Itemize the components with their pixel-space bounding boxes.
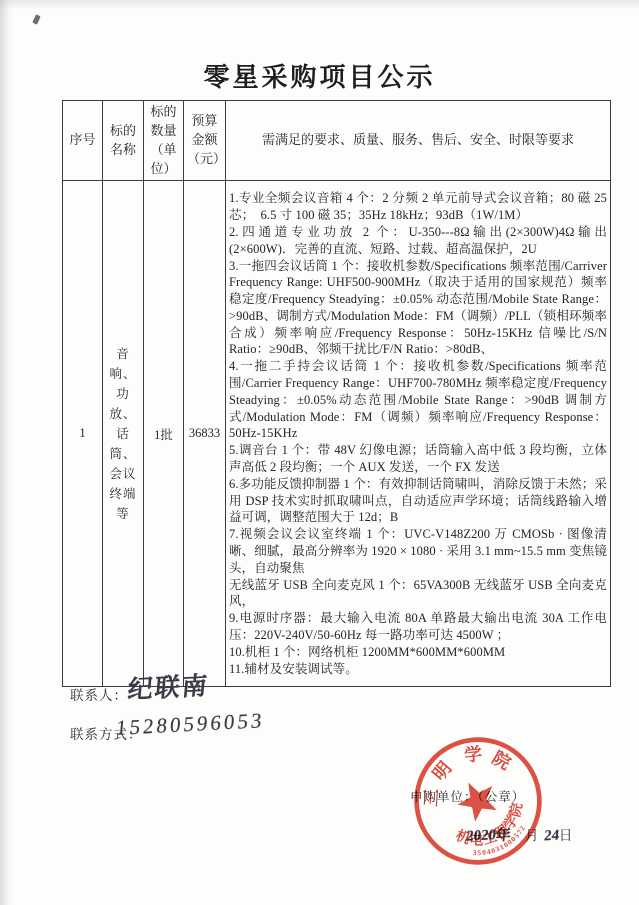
scan-edge-shadow-top — [0, 0, 639, 10]
requirement-item: 7.视频会议会议室终端 1 个：UVC-V148Z200 万 CMOSb · 图… — [229, 526, 607, 576]
scanned-document: 零星采购项目公示 序号 标的名称 标的数量（单位） 预算金额（元） 需满足的要求… — [0, 0, 639, 905]
requirement-item: 2.四通道专业功放 2 个：U-350---8Ω输出(2×300W)4Ω输出(2… — [229, 224, 607, 258]
requirement-item: 6.多功能反馈抑制器 1 个：有效抑制话筒啸叫，消除反馈于未然；采用 DSP 技… — [229, 476, 607, 526]
contact-person-label: 联系人： — [70, 684, 128, 704]
scan-speck — [32, 14, 40, 24]
header-requirements: 需满足的要求、质量、服务、售后、安全、时限等要求 — [226, 101, 611, 181]
header-name: 标的名称 — [103, 101, 144, 181]
contact-phone-number: 15280596053 — [115, 708, 265, 741]
requirement-item: 10.机柜 1 个：网络机柜 1200MM*600MM*600MM — [229, 644, 607, 661]
seal-ring-char: 三 — [421, 788, 442, 807]
official-seal-stamp: 三 明 学 院 机电工程学院 3504031000572 — [373, 696, 584, 905]
header-budget: 预算金额（元） — [184, 101, 226, 181]
seal-ring-char: 学 — [463, 743, 483, 766]
requirement-item: 4.一拖二手持会议话筒 1 个：接收机参数/Specifications 频率范… — [229, 358, 607, 442]
requirement-item: 9.电源时序器：最大输入电流 80A 单路最大输出电流 30A 工作电压：220… — [229, 610, 607, 644]
requirement-item: 3.一拖四会议话筒 1 个：接收机参数/Specifications 频率范围/… — [229, 258, 607, 359]
table-header-row: 序号 标的名称 标的数量（单位） 预算金额（元） 需满足的要求、质量、服务、售后… — [63, 101, 611, 181]
header-index: 序号 — [63, 101, 103, 181]
scan-edge-shadow-left — [0, 0, 16, 905]
requirement-item: 无线蓝牙 USB 全向麦克风 1 个：65VA300B 无线蓝牙 USB 全向麦… — [229, 577, 607, 611]
cell-budget: 36833 — [184, 181, 226, 687]
seal-star-icon — [451, 773, 504, 825]
header-quantity: 标的数量（单位） — [144, 101, 184, 181]
page-title: 零星采购项目公示 — [0, 57, 639, 94]
table-row: 1 音响、功放、话筒、会议终端等 1批 36833 1.专业全频会议音箱 4 个… — [63, 181, 611, 687]
procurement-table: 序号 标的名称 标的数量（单位） 预算金额（元） 需满足的要求、质量、服务、售后… — [62, 100, 611, 687]
cell-index: 1 — [63, 181, 103, 687]
contact-person-line: 联系人： — [70, 684, 128, 704]
cell-quantity: 1批 — [144, 181, 184, 687]
contact-person-signature: 纪联南 — [126, 666, 210, 706]
requirement-item: 5.调音台 1 个：带 48V 幻像电源；话筒输入高中低 3 段均衡，立体声高低… — [229, 442, 607, 476]
cell-name: 音响、功放、话筒、会议终端等 — [103, 181, 144, 687]
cell-requirements: 1.专业全频会议音箱 4 个：2 分频 2 单元前导式会议音箱；80 磁 25 … — [226, 181, 611, 687]
requirement-item: 11.辅材及安装调试等。 — [229, 661, 607, 678]
requirement-item: 1.专业全频会议音箱 4 个：2 分频 2 单元前导式会议音箱；80 磁 25 … — [229, 190, 607, 224]
